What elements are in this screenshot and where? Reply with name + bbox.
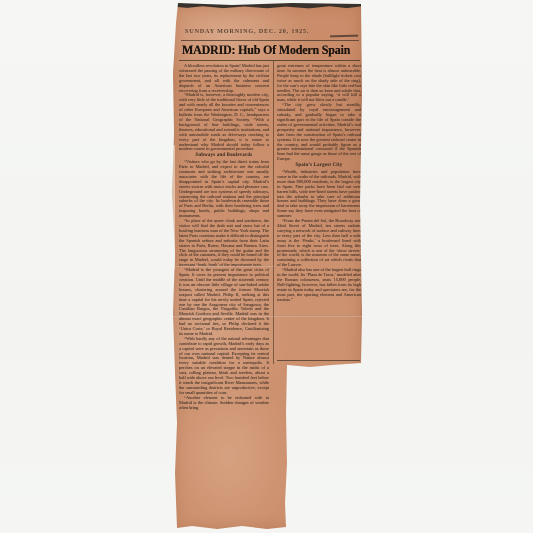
article-paragraph: “Madrid also has one of the largest bull… <box>277 268 361 302</box>
article-paragraph: “From the Puerta del Sol, the Broadway a… <box>277 219 361 268</box>
article-end-rule <box>277 360 360 361</box>
paper-edge-highlight <box>172 145 175 270</box>
newspaper-clipping: SUNDAY MORNING, DEC. 20, 1925. MADRID: H… <box>172 3 362 530</box>
dateline-rule <box>181 40 359 41</box>
article-paragraph: A bloodless revolution in Spain! Madrid … <box>179 64 269 93</box>
headline-rule <box>179 60 360 61</box>
article-paragraph: “With hardly any of the natural advantag… <box>179 337 269 396</box>
article-paragraph: “Visitors who go by the fast direct trai… <box>179 160 269 219</box>
headline: MADRID: Hub Of Modern Spain <box>176 43 356 58</box>
article-paragraph: great extremes of temperature within a s… <box>277 64 361 103</box>
article-paragraph: “The city grew slowly but steadily, stim… <box>277 103 361 162</box>
article-paragraph: “Wealth, industries and population have … <box>277 170 361 219</box>
scan-background: SUNDAY MORNING, DEC. 20, 1925. MADRID: H… <box>0 0 533 533</box>
article-paragraph: “Another element to be reckoned with in … <box>179 396 269 411</box>
article-column-left: A bloodless revolution in Spain! Madrid … <box>179 64 269 524</box>
column-divider-rule <box>273 61 274 364</box>
article-paragraph: “Madrid is the youngest of the great cit… <box>179 268 269 337</box>
cut-off-print-edge <box>172 3 362 9</box>
margin-mark <box>330 35 358 38</box>
article-paragraph: “Madrid is, however, a thoroughly modern… <box>179 93 269 152</box>
article-column-right: great extremes of temperature within a s… <box>277 64 361 359</box>
article-paragraph: “In place of the queer cloak and sombrer… <box>179 219 269 268</box>
dateline: SUNDAY MORNING, DEC. 20, 1925. <box>185 28 309 35</box>
